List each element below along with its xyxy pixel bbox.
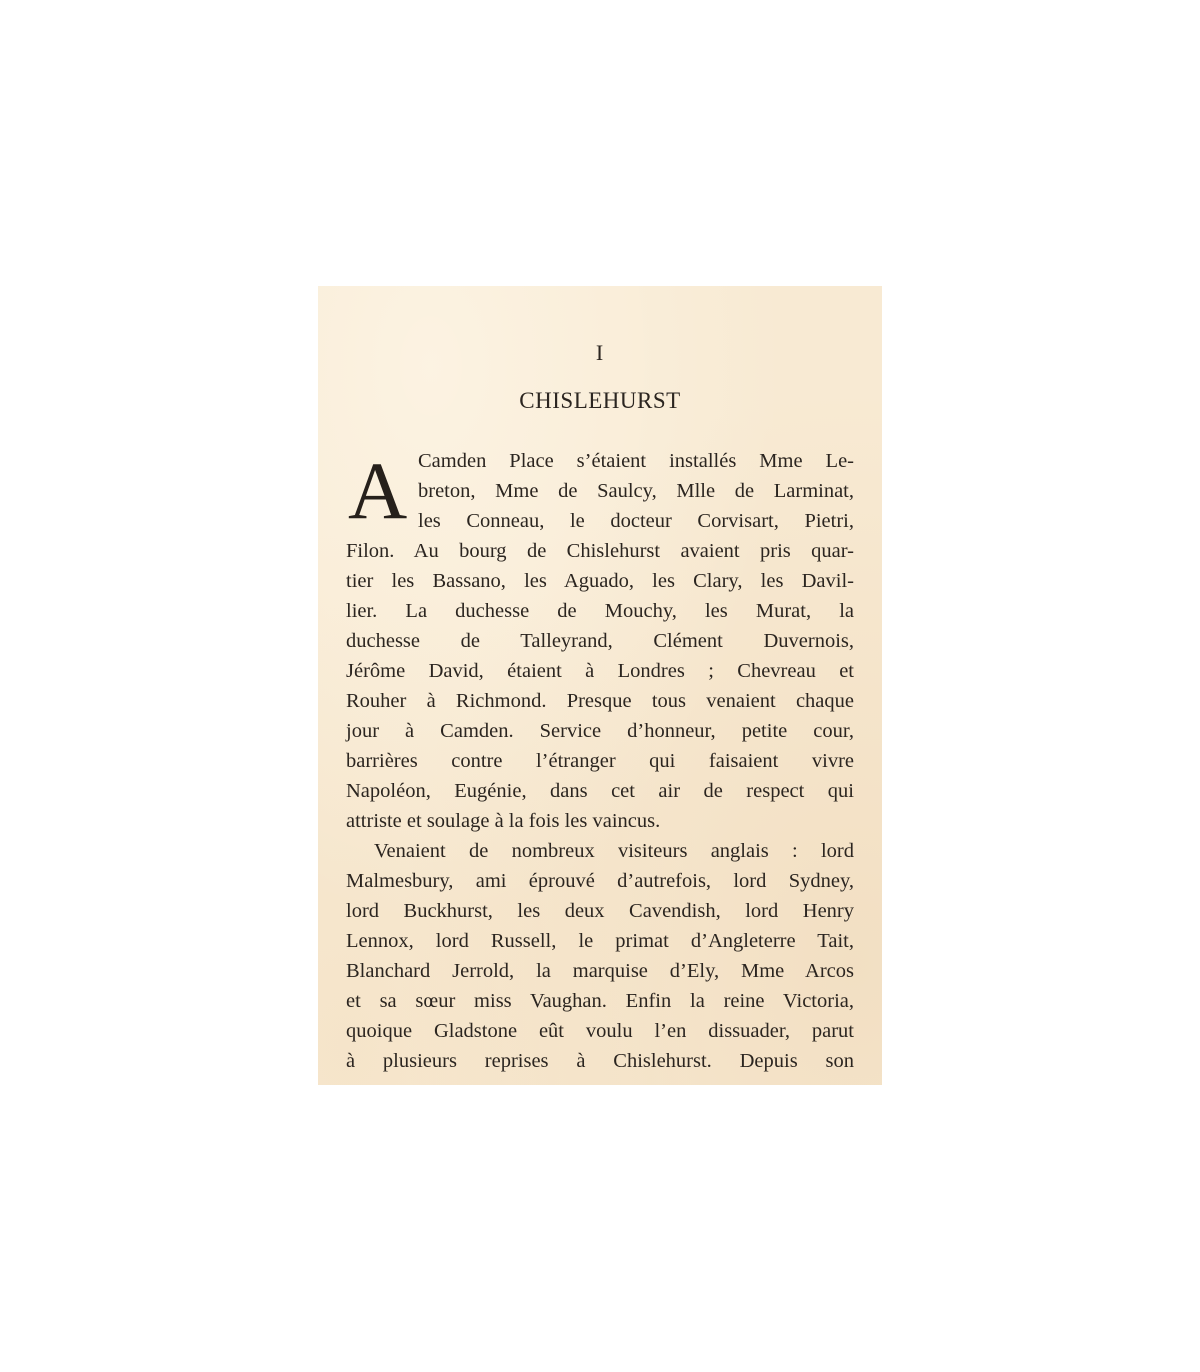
text-line: Filon. Au bourg de Chislehurst avaient p… (346, 536, 854, 566)
text-line: barrières contre l’étranger qui faisaien… (346, 746, 854, 776)
text-line: attriste et soulage à la fois les vaincu… (346, 806, 854, 836)
text-line: Malmesbury, ami éprouvé d’autrefois, lor… (346, 866, 854, 896)
text-line: breton, Mme de Saulcy, Mlle de Larminat, (418, 476, 854, 506)
text-line: Rouher à Richmond. Presque tous venaient… (346, 686, 854, 716)
text-line: duchesse de Talleyrand, Clément Duvernoi… (346, 626, 854, 656)
drop-cap: A (348, 450, 407, 532)
text-line: Napoléon, Eugénie, dans cet air de respe… (346, 776, 854, 806)
text-line: et sa sœur miss Vaughan. Enfin la reine … (346, 986, 854, 1016)
text-line: Blanchard Jerrold, la marquise d’Ely, Mm… (346, 956, 854, 986)
text-line: Venaient de nombreux visiteurs anglais :… (374, 836, 854, 866)
chapter-number: I (318, 340, 882, 366)
text-line: lier. La duchesse de Mouchy, les Murat, … (346, 596, 854, 626)
book-page: I CHISLEHURST A Camden Place s’étaient i… (318, 286, 882, 1085)
text-line: jour à Camden. Service d’honneur, petite… (346, 716, 854, 746)
text-line: Jérôme David, étaient à Londres ; Chevre… (346, 656, 854, 686)
chapter-title: CHISLEHURST (318, 388, 882, 414)
text-line: lord Buckhurst, les deux Cavendish, lord… (346, 896, 854, 926)
text-line: à plusieurs reprises à Chislehurst. Depu… (346, 1046, 854, 1076)
text-line: les Conneau, le docteur Corvisart, Pietr… (418, 506, 854, 536)
text-line: Lennox, lord Russell, le primat d’Anglet… (346, 926, 854, 956)
text-line: tier les Bassano, les Aguado, les Clary,… (346, 566, 854, 596)
text-line: quoique Gladstone eût voulu l’en dissuad… (346, 1016, 854, 1046)
text-line: Camden Place s’étaient installés Mme Le- (418, 446, 854, 476)
